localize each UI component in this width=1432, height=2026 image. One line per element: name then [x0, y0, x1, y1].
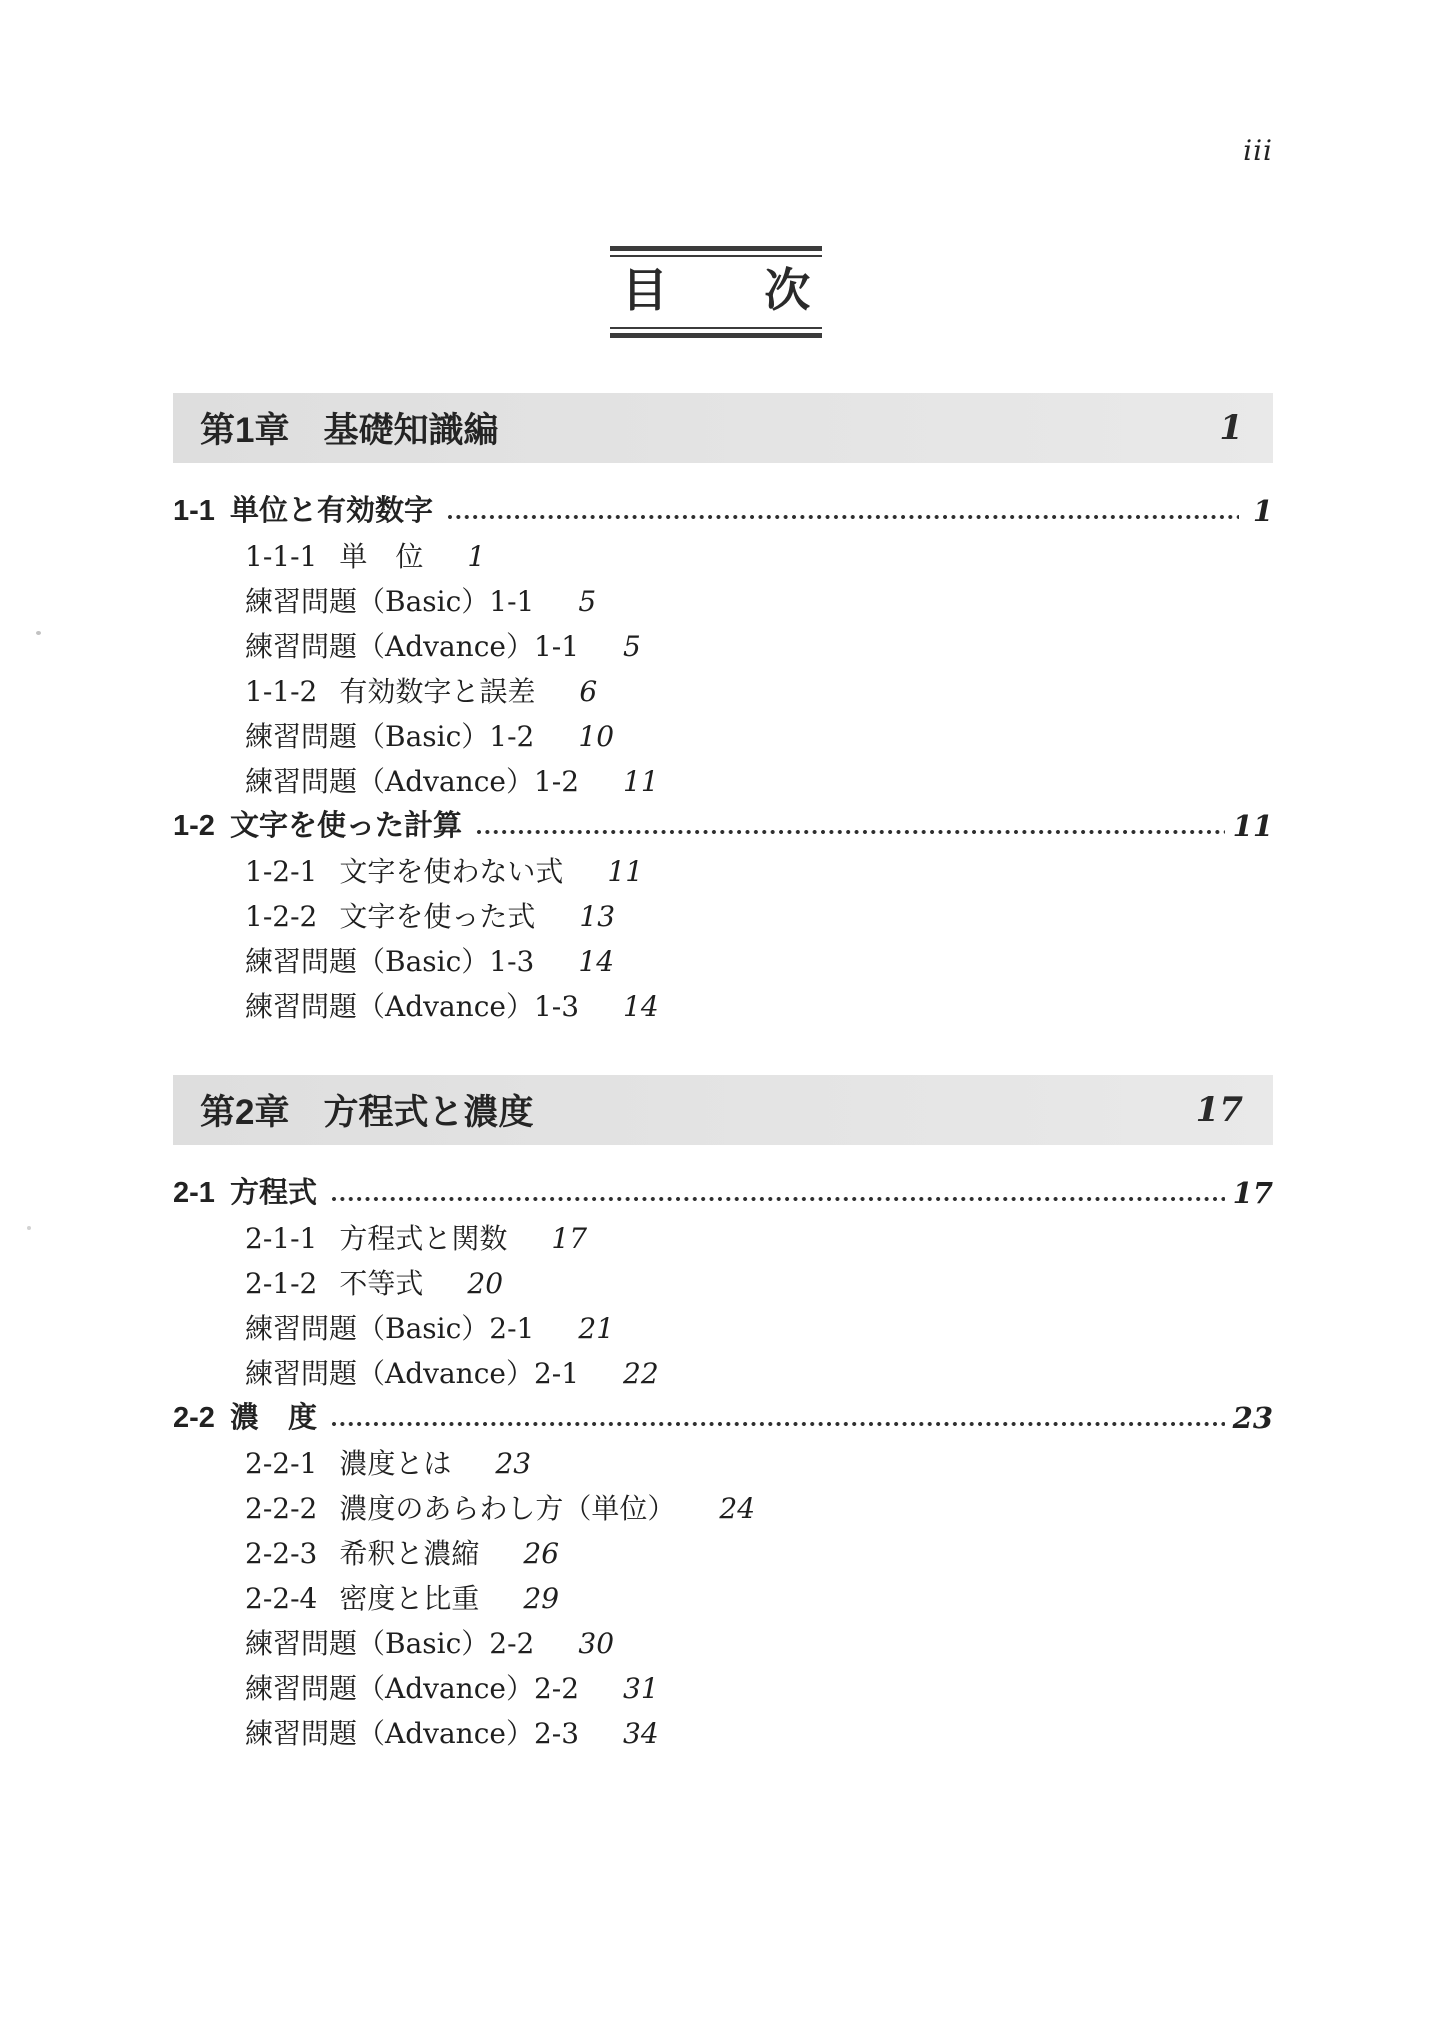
item-title: 不等式: [339, 1261, 423, 1306]
item-title: 濃度とは: [339, 1441, 451, 1486]
toc-content: 第1章 基礎知識編 1 1-1 単位と有効数字 1 1-1-1 単 位 1 練習…: [173, 393, 1273, 1756]
toc-item-row: 2-2-2 濃度のあらわし方（単位） 24: [173, 1486, 1273, 1531]
item-page-number: 30: [578, 1621, 614, 1666]
chapter-1-rows: 1-1 単位と有効数字 1 1-1-1 単 位 1 練習問題（Basic）1-1…: [173, 489, 1273, 1029]
toc-item-row: 練習問題（Advance）1-1 5: [173, 624, 1273, 669]
item-page-number: 21: [578, 1306, 614, 1351]
dot-leader: [331, 1171, 1225, 1216]
toc-item-row: 練習問題（Advance）1-3 14: [173, 984, 1273, 1029]
item-page-number: 22: [623, 1351, 659, 1396]
chapter-title: 基礎知識編: [323, 403, 498, 453]
toc-item-row: 1-1-1 単 位 1: [173, 534, 1273, 579]
scan-speck: [36, 631, 41, 635]
section-page-number: 1: [1247, 489, 1273, 534]
toc-item-row: 練習問題（Advance）2-3 34: [173, 1711, 1273, 1756]
item-title: 練習問題（Basic）1-1: [245, 579, 534, 624]
item-number: 2-2-3: [245, 1531, 317, 1576]
toc-section-row: 2-2 濃 度 23: [173, 1396, 1273, 1441]
item-number: 2-2-4: [245, 1576, 317, 1621]
chapter-2-rows: 2-1 方程式 17 2-1-1 方程式と関数 17 2-1-2 不等式 20 …: [173, 1171, 1273, 1756]
item-page-number: 13: [579, 894, 615, 939]
toc-item-row: 2-1-2 不等式 20: [173, 1261, 1273, 1306]
item-number: 1-2-1: [245, 849, 317, 894]
item-title: 練習問題（Basic）2-1: [245, 1306, 534, 1351]
item-page-number: 24: [719, 1486, 755, 1531]
toc-section-row: 2-1 方程式 17: [173, 1171, 1273, 1216]
item-page-number: 20: [467, 1261, 503, 1306]
chapter-1-heading-bar: 第1章 基礎知識編 1: [173, 393, 1273, 463]
scan-speck: [27, 1226, 31, 1230]
toc-item-row: 1-2-1 文字を使わない式 11: [173, 849, 1273, 894]
page-folio: iii: [1243, 134, 1273, 167]
section-title: 単位と有効数字: [230, 489, 433, 534]
item-page-number: 31: [623, 1666, 659, 1711]
section-title: 文字を使った計算: [230, 804, 462, 849]
item-page-number: 14: [578, 939, 614, 984]
item-title: 方程式と関数: [339, 1216, 507, 1261]
item-page-number: 14: [623, 984, 659, 1029]
section-page-number: 23: [1233, 1396, 1273, 1441]
toc-item-row: 2-2-1 濃度とは 23: [173, 1441, 1273, 1486]
chapter-title: 方程式と濃度: [323, 1085, 533, 1135]
item-page-number: 23: [495, 1441, 531, 1486]
section-number: 2-2: [173, 1396, 230, 1441]
toc-item-row: 2-2-3 希釈と濃縮 26: [173, 1531, 1273, 1576]
toc-item-row: 2-2-4 密度と比重 29: [173, 1576, 1273, 1621]
item-page-number: 26: [523, 1531, 559, 1576]
item-page-number: 10: [578, 714, 614, 759]
section-page-number: 11: [1233, 804, 1273, 849]
item-title: 文字を使った式: [339, 894, 535, 939]
item-title: 希釈と濃縮: [339, 1531, 479, 1576]
item-page-number: 5: [578, 579, 596, 624]
toc-item-row: 練習問題（Basic）1-2 10: [173, 714, 1273, 759]
chapter-2-heading-bar: 第2章 方程式と濃度 17: [173, 1075, 1273, 1145]
item-number: 1-1-2: [245, 669, 317, 714]
toc-item-row: 練習問題（Advance）2-2 31: [173, 1666, 1273, 1711]
section-number: 2-1: [173, 1171, 230, 1216]
item-page-number: 11: [623, 759, 659, 804]
section-title: 方程式: [230, 1171, 317, 1216]
item-page-number: 29: [523, 1576, 559, 1621]
toc-item-row: 1-1-2 有効数字と誤差 6: [173, 669, 1273, 714]
toc-item-row: 練習問題（Basic）1-1 5: [173, 579, 1273, 624]
toc-title: 目 次: [622, 263, 836, 317]
toc-item-row: 練習問題（Basic）1-3 14: [173, 939, 1273, 984]
toc-item-row: 練習問題（Advance）1-2 11: [173, 759, 1273, 804]
toc-section-row: 1-1 単位と有効数字 1: [173, 489, 1273, 534]
item-title: 練習問題（Advance）1-2: [245, 759, 579, 804]
chapter-number: 第2章: [200, 1085, 289, 1135]
item-number: 2-2-2: [245, 1486, 317, 1531]
item-title: 密度と比重: [339, 1576, 479, 1621]
item-number: 1-2-2: [245, 894, 317, 939]
toc-section-row: 1-2 文字を使った計算 11: [173, 804, 1273, 849]
item-title: 練習問題（Advance）2-2: [245, 1666, 579, 1711]
toc-title-box: 目 次: [610, 246, 822, 338]
item-page-number: 34: [623, 1711, 659, 1756]
item-number: 2-1-1: [245, 1216, 317, 1261]
item-title: 練習問題（Advance）1-3: [245, 984, 579, 1029]
item-title: 濃度のあらわし方（単位）: [339, 1486, 675, 1531]
chapter-2-block: 第2章 方程式と濃度 17 2-1 方程式 17 2-1-1 方程式と関数 17…: [173, 1075, 1273, 1756]
item-title: 練習問題（Advance）2-1: [245, 1351, 579, 1396]
item-title: 練習問題（Advance）1-1: [245, 624, 579, 669]
dot-leader: [476, 804, 1225, 849]
item-title: 練習問題（Advance）2-3: [245, 1711, 579, 1756]
chapter-number: 第1章: [200, 403, 289, 453]
toc-item-row: 練習問題（Advance）2-1 22: [173, 1351, 1273, 1396]
item-page-number: 6: [579, 669, 597, 714]
dot-leader: [447, 489, 1239, 534]
section-title: 濃 度: [230, 1396, 317, 1441]
item-number: 2-1-2: [245, 1261, 317, 1306]
toc-item-row: 練習問題（Basic）2-1 21: [173, 1306, 1273, 1351]
item-page-number: 1: [467, 534, 485, 579]
section-number: 1-2: [173, 804, 230, 849]
item-number: 2-2-1: [245, 1441, 317, 1486]
dot-leader: [331, 1396, 1225, 1441]
item-title: 有効数字と誤差: [339, 669, 535, 714]
item-number: 1-1-1: [245, 534, 317, 579]
item-title: 練習問題（Basic）2-2: [245, 1621, 534, 1666]
section-number: 1-1: [173, 489, 230, 534]
item-title: 単 位: [339, 534, 423, 579]
section-page-number: 17: [1233, 1171, 1273, 1216]
toc-item-row: 2-1-1 方程式と関数 17: [173, 1216, 1273, 1261]
item-page-number: 5: [623, 624, 641, 669]
chapter-page-number: 1: [1219, 408, 1243, 448]
item-title: 練習問題（Basic）1-3: [245, 939, 534, 984]
toc-item-row: 練習問題（Basic）2-2 30: [173, 1621, 1273, 1666]
item-title: 練習問題（Basic）1-2: [245, 714, 534, 759]
item-page-number: 11: [607, 849, 643, 894]
toc-item-row: 1-2-2 文字を使った式 13: [173, 894, 1273, 939]
item-page-number: 17: [551, 1216, 587, 1261]
chapter-page-number: 17: [1196, 1090, 1243, 1130]
chapter-1-block: 第1章 基礎知識編 1 1-1 単位と有効数字 1 1-1-1 単 位 1 練習…: [173, 393, 1273, 1029]
toc-title-inner-rule: 目 次: [610, 255, 822, 329]
item-title: 文字を使わない式: [339, 849, 563, 894]
